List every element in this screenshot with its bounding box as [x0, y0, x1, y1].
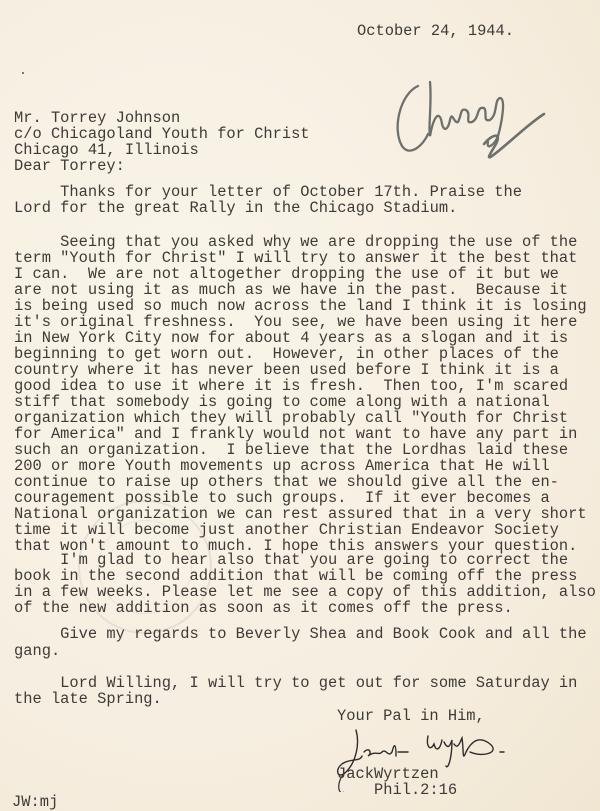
verse-reference: Phil.2:16 — [374, 782, 457, 798]
body-line: it's original freshness. You see, we hav… — [14, 314, 577, 330]
body-line: term "Youth for Christ" I will try to an… — [14, 250, 577, 266]
body-line: such an organization. I believe that the… — [14, 442, 568, 458]
letter-date: October 24, 1944. — [357, 23, 514, 39]
body-line: I can. We are not altogether dropping th… — [14, 266, 559, 282]
body-line: for America" and I frankly would not wan… — [14, 426, 577, 442]
body-line: couragement possible to such groups. If … — [14, 490, 550, 506]
body-line: gang. — [14, 643, 60, 659]
typist-initials: JW:mj — [12, 794, 58, 810]
body-line: continue to raise up others that we shou… — [14, 474, 559, 490]
recipient-line-1: Mr. Torrey Johnson — [14, 110, 180, 126]
body-line: Lord Willing, I will try to get out for … — [14, 675, 577, 691]
body-line: organization which they will probably ca… — [14, 410, 568, 426]
body-line: I'm glad to hear also that you are going… — [14, 552, 568, 568]
body-line: of the new addition as soon as it comes … — [14, 600, 513, 616]
body-line: 200 or more Youth movements up across Am… — [14, 458, 550, 474]
body-line: book in the second addition that will be… — [14, 568, 577, 584]
letter-page: October 24, 1944. Mr. Torrey Johnson c/o… — [0, 0, 600, 811]
body-line: Thanks for your letter of October 17th. … — [14, 184, 522, 200]
body-line: National organization we can rest assure… — [14, 506, 587, 522]
body-line: stiff that somebody is going to come alo… — [14, 394, 550, 410]
recipient-line-3: Chicago 41, Illinois — [14, 142, 199, 158]
body-line: time it will become just another Christi… — [14, 522, 559, 538]
typed-name: JackWyrtzen — [337, 766, 439, 782]
recipient-line-2: c/o Chicagoland Youth for Christ — [14, 126, 310, 142]
salutation: Dear Torrey: — [14, 158, 125, 174]
body-line: in New York City now for about 4 years a… — [14, 330, 568, 346]
ink-speck — [22, 72, 24, 74]
body-line: are not using it as much as we have in t… — [14, 282, 568, 298]
body-line: Give my regards to Beverly Shea and Book… — [14, 626, 587, 642]
body-line: Lord for the great Rally in the Chicago … — [14, 200, 457, 216]
body-line: Seeing that you asked why we are droppin… — [14, 234, 577, 250]
handwritten-chicago-note — [388, 74, 568, 164]
body-line: in a few weeks. Please let me see a copy… — [14, 584, 596, 600]
body-line: the late Spring. — [14, 691, 162, 707]
body-line: good idea to use it where it is fresh. T… — [14, 378, 568, 394]
body-line: is being used so much now across the lan… — [14, 298, 587, 314]
body-line: beginning to get worn out. However, in o… — [14, 346, 559, 362]
body-line: country where it has never been used bef… — [14, 362, 559, 378]
